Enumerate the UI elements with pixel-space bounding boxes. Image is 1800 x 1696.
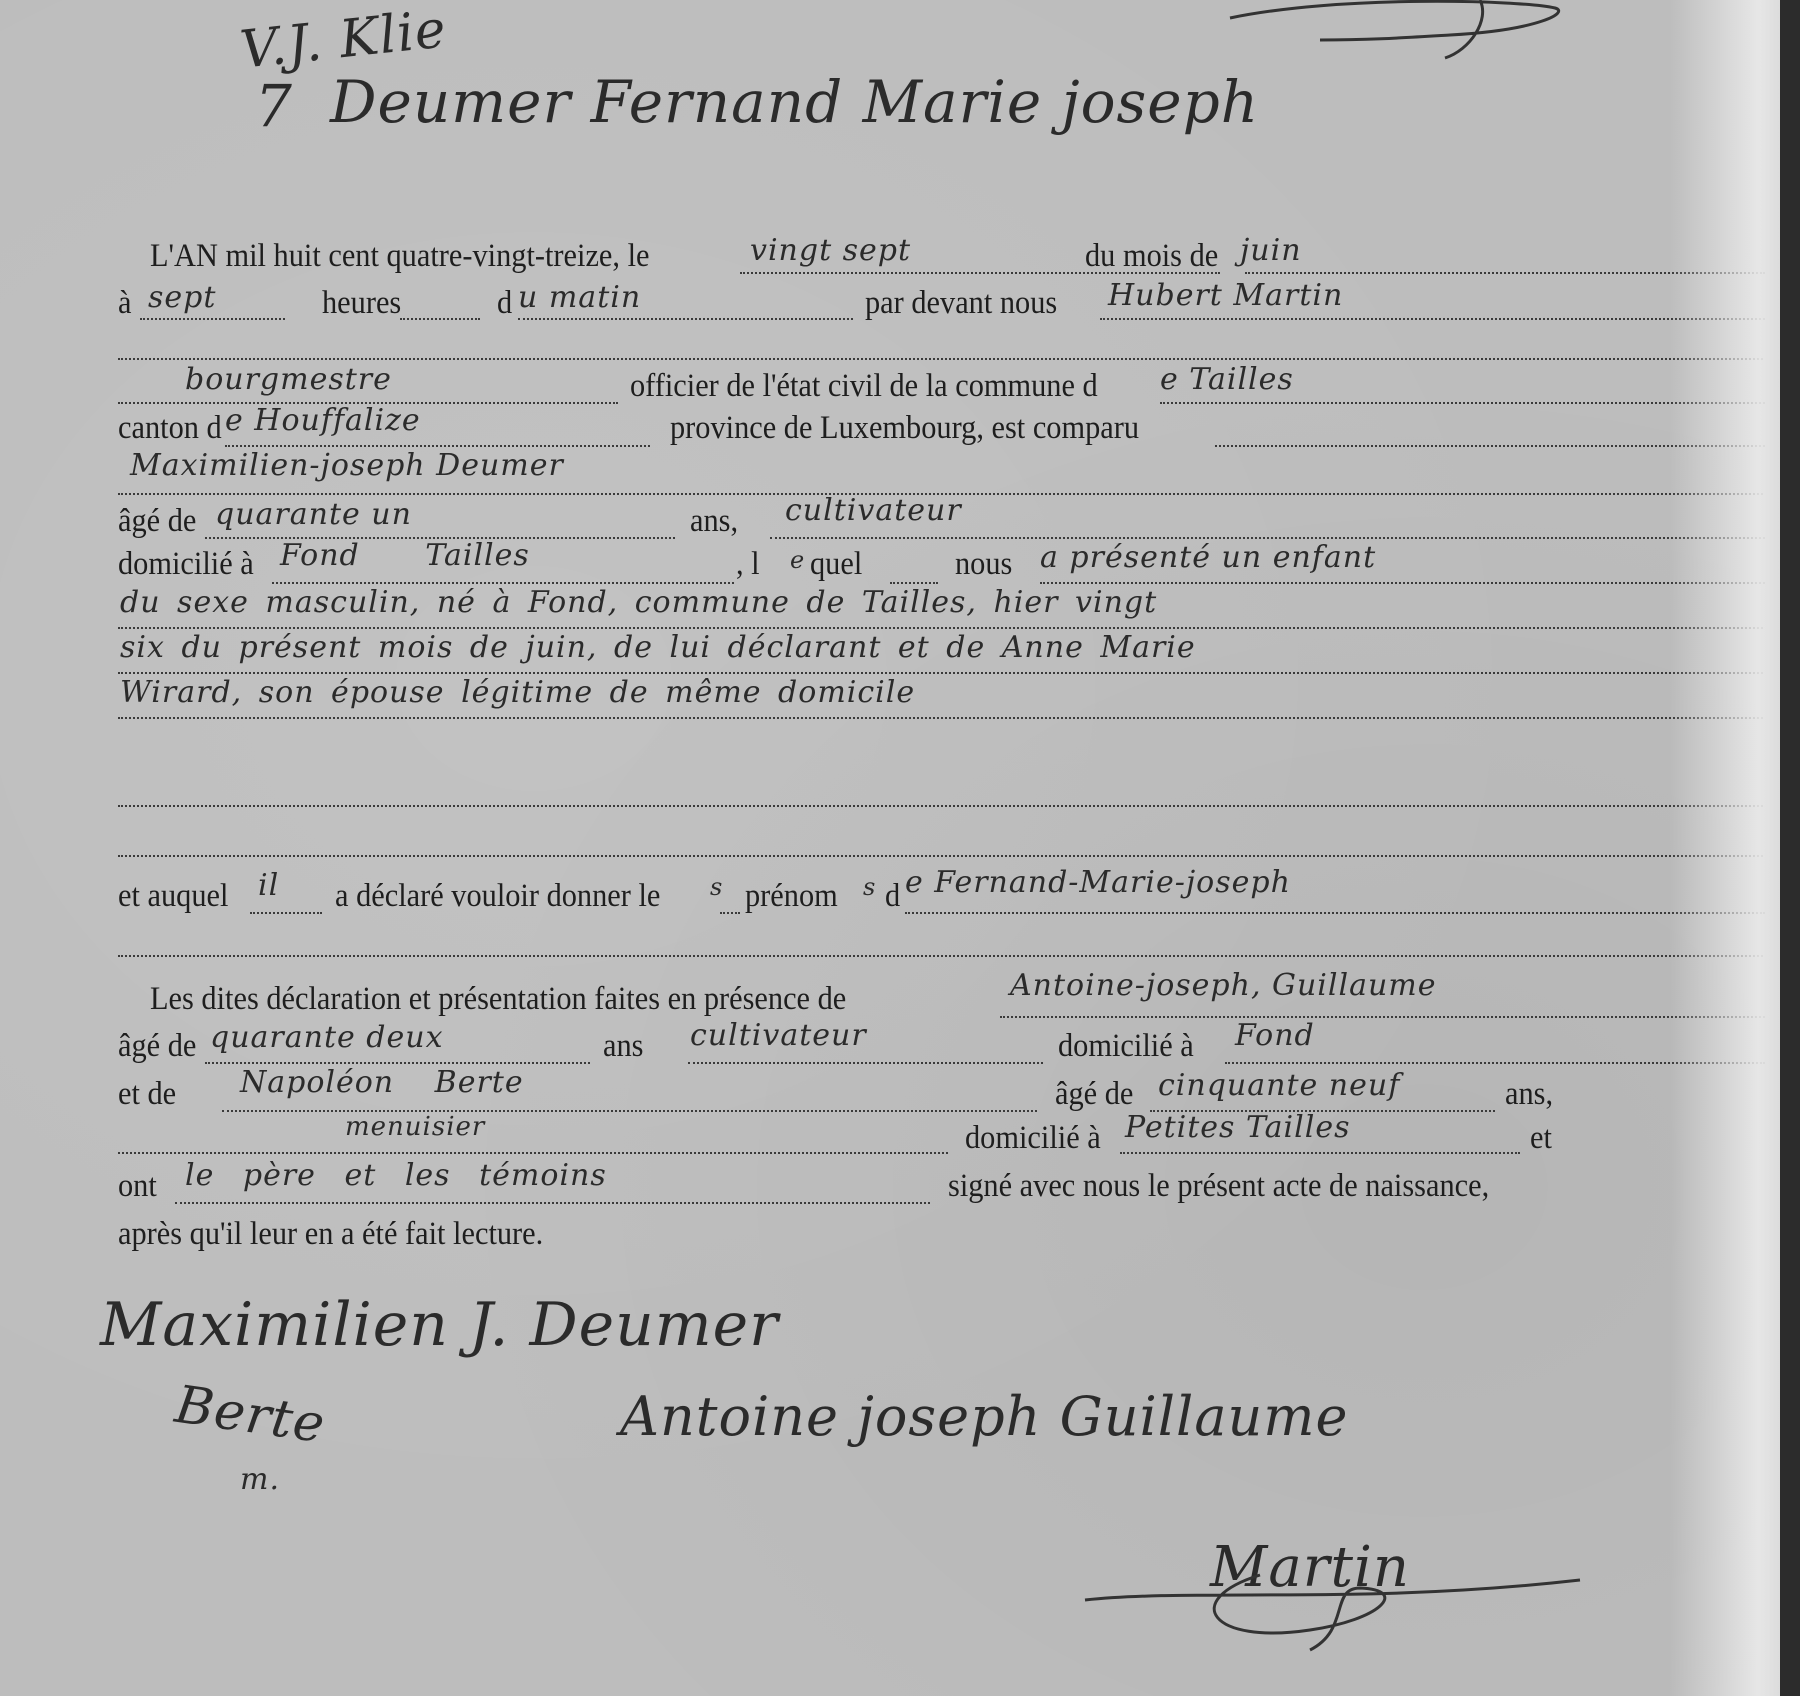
ans-label: ans, xyxy=(690,505,738,538)
profession-value: cultivateur xyxy=(785,493,962,528)
signers-line xyxy=(175,1202,930,1204)
witness2-profession-value: menuisier xyxy=(345,1112,485,1142)
hour-value: sept xyxy=(148,280,216,315)
given-names-value: e Fernand-Marie-joseph xyxy=(905,865,1291,900)
day-value: vingt sept xyxy=(750,233,911,268)
witness2-ans-label: ans, xyxy=(1505,1078,1553,1111)
witness2-name-value: Napoléon Berte xyxy=(240,1065,524,1100)
page-edge xyxy=(1780,0,1800,1696)
witness1-age-value: quarante deux xyxy=(210,1020,444,1055)
a-label: à xyxy=(118,287,131,320)
witness1-domicile-value: Fond xyxy=(1235,1018,1315,1053)
officer-label: officier de l'état civil de la commune d xyxy=(630,370,1098,403)
witness1-ans-label: ans xyxy=(603,1030,643,1063)
domicile-value: Fond Tailles xyxy=(280,538,530,573)
witness2-age-label: âgé de xyxy=(1055,1078,1133,1111)
auquel-label: et auquel xyxy=(118,880,228,913)
pronoun-field-line xyxy=(250,912,322,914)
witness1-name-value: Antoine-joseph, Guillaume xyxy=(1010,968,1437,1003)
comparu-line xyxy=(1215,445,1765,447)
given-names-field-line xyxy=(905,912,1765,914)
read-label: après qu'il leur en a été fait lecture. xyxy=(118,1218,543,1251)
witness2-domicile-value: Petites Tailles xyxy=(1125,1110,1350,1145)
narrative-line-1 xyxy=(118,627,1763,629)
signed-label: signé avec nous le présent acte de naiss… xyxy=(948,1170,1489,1203)
witness2-et-de-label: et de xyxy=(118,1078,176,1111)
age-value: quarante un xyxy=(215,497,412,532)
ont-label: ont xyxy=(118,1170,157,1203)
witness1-domicile-line xyxy=(1225,1062,1765,1064)
hours-suffix-line xyxy=(400,318,480,320)
witness1-domicile-label: domicilié à xyxy=(1058,1030,1194,1063)
quel-suffix-line xyxy=(890,582,938,584)
presented-field-line xyxy=(1040,582,1765,584)
canton-value: e Houffalize xyxy=(225,403,421,438)
declared-label: a déclaré vouloir donner le xyxy=(335,880,660,913)
quel-label: quel xyxy=(810,548,862,581)
age-label: âgé de xyxy=(118,505,196,538)
blank-line xyxy=(118,805,1763,807)
narrative-text-3: Wirard, son épouse légitime de même domi… xyxy=(120,675,915,710)
narrative-text-2: six du présent mois de juin, de lui décl… xyxy=(120,630,1196,665)
commune-value: e Tailles xyxy=(1160,362,1294,397)
hours-label: heures xyxy=(322,287,401,320)
blank-line xyxy=(118,955,1763,957)
month-value: juin xyxy=(1240,233,1302,268)
prenom-label: prénom xyxy=(745,880,838,913)
narrative-line-2 xyxy=(118,672,1763,674)
signature-father: Maximilien J. Deumer xyxy=(100,1290,779,1360)
officer-title-value: bourgmestre xyxy=(185,362,392,397)
officer-flourish-icon xyxy=(1080,1570,1600,1660)
witness2-domicile-line xyxy=(1120,1152,1520,1154)
witness1-profession-value: cultivateur xyxy=(690,1018,867,1053)
canton-field-line xyxy=(225,445,650,447)
nous-label: nous xyxy=(955,548,1012,581)
period-value: u matin xyxy=(518,280,641,315)
blank-line xyxy=(118,855,1763,857)
period-field-line xyxy=(518,318,853,320)
hour-field-line xyxy=(140,318,285,320)
witness1-age-label: âgé de xyxy=(118,1030,196,1063)
month-label: du mois de xyxy=(1085,240,1218,273)
year-label: L'AN mil huit cent quatre-vingt-treize, … xyxy=(150,240,649,273)
domicile-label: domicilié à xyxy=(118,548,254,581)
signers-value: le père et les témoins xyxy=(185,1158,607,1193)
entry-name: Deumer Fernand Marie joseph xyxy=(330,68,1259,136)
witness2-et-label: et xyxy=(1530,1122,1552,1155)
lequel-label: , l xyxy=(736,548,760,581)
entry-number: 7 xyxy=(255,72,293,140)
officer-name-line xyxy=(1100,318,1765,320)
de-label: d xyxy=(885,880,900,913)
lequel-fill: e xyxy=(790,546,805,574)
pronoun-value: il xyxy=(258,868,279,903)
signature-berte-mark: m. xyxy=(240,1462,280,1497)
d-label: d xyxy=(497,287,512,320)
month-field-line xyxy=(1245,272,1765,274)
witness-intro-label: Les dites déclaration et présentation fa… xyxy=(150,983,846,1016)
province-label: province de Luxembourg, est comparu xyxy=(670,412,1139,445)
domicile-field-line xyxy=(272,582,734,584)
prenom-fill: s xyxy=(863,873,876,901)
before-label: par devant nous xyxy=(865,287,1057,320)
declarant-value: Maximilien-joseph Deumer xyxy=(130,448,564,483)
les-suffix-line xyxy=(720,912,740,914)
narrative-line-3 xyxy=(118,717,1763,719)
witness1-profession-line xyxy=(688,1062,1043,1064)
officer-name-value: Hubert Martin xyxy=(1108,278,1343,313)
witness2-domicile-label: domicilié à xyxy=(965,1122,1101,1155)
blank-line xyxy=(118,358,1763,360)
les-fill: s xyxy=(710,873,723,901)
witness1-age-line xyxy=(205,1062,590,1064)
canton-label: canton d xyxy=(118,412,222,445)
commune-field-line xyxy=(1160,402,1765,404)
signature-berte: Berte xyxy=(172,1375,329,1455)
birth-certificate-page: V.J. Klie 7 Deumer Fernand Marie joseph … xyxy=(0,0,1780,1696)
witness1-name-line xyxy=(1000,1016,1765,1018)
witness2-profession-line xyxy=(118,1152,948,1154)
top-flourish-icon xyxy=(1220,0,1580,70)
signature-witness1: Antoine joseph Guillaume xyxy=(620,1385,1348,1448)
presented-value: a présenté un enfant xyxy=(1040,540,1376,575)
witness2-age-value: cinquante neuf xyxy=(1158,1068,1400,1103)
narrative-text-1: du sexe masculin, né à Fond, commune de … xyxy=(120,585,1157,620)
profession-field-line xyxy=(770,537,1765,539)
